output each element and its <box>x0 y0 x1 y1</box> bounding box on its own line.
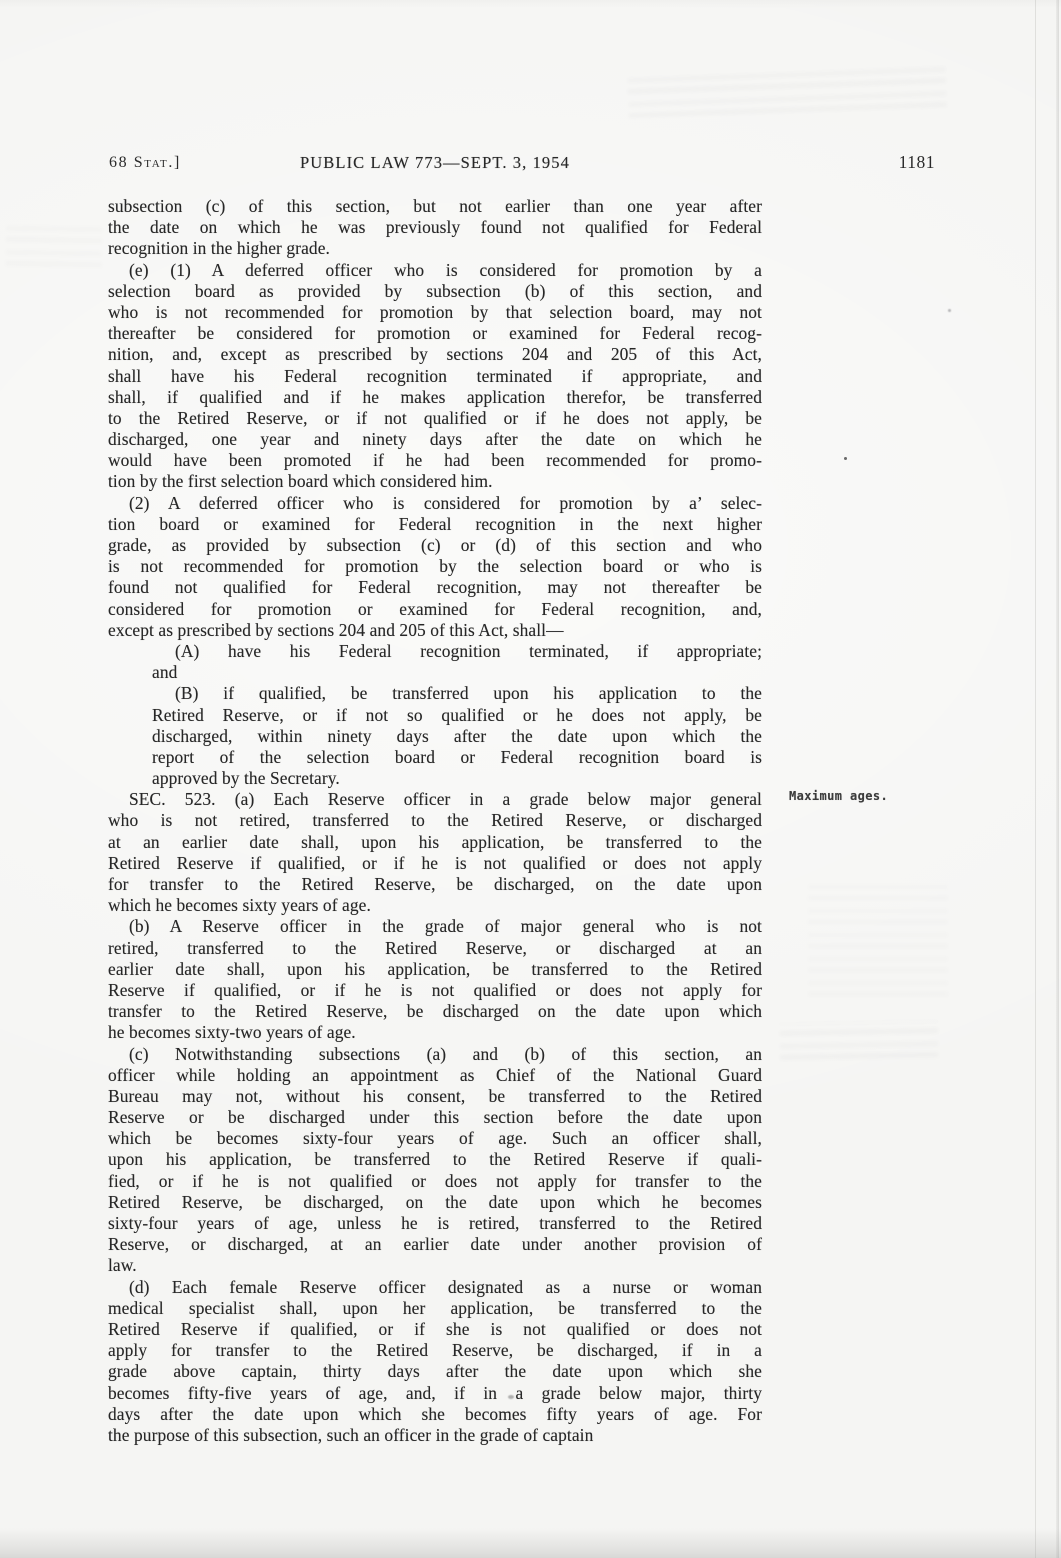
text-line: the date on which he was previously foun… <box>108 217 762 238</box>
text-line: Bureau may not, without his consent, be … <box>108 1086 762 1107</box>
text-line: tion board or examined for Federal recog… <box>108 514 762 535</box>
text-line: earlier date shall, upon his application… <box>108 959 762 980</box>
text-line: upon his application, be transferred to … <box>108 1149 762 1170</box>
page-number: 1181 <box>825 152 935 173</box>
text-line: days after the date upon which she becom… <box>108 1404 762 1425</box>
paragraph: (c) Notwithstanding subsections (a) and … <box>108 1044 762 1277</box>
text-line: discharged, within ninety days after the… <box>152 726 762 747</box>
text-line: would have been promoted if he had been … <box>108 450 762 471</box>
scan-speck <box>948 309 951 312</box>
text-line: SEC. 523. (a) Each Reserve officer in a … <box>108 789 762 810</box>
bleed-through-smudge <box>808 880 948 1000</box>
paragraph: (d) Each female Reserve officer designat… <box>108 1277 762 1447</box>
text-line: (b) A Reserve officer in the grade of ma… <box>108 916 762 937</box>
bleed-through-smudge <box>780 1021 939 1064</box>
text-line: who is not retired, transferred to the R… <box>108 810 762 831</box>
text-line: discharged, one year and ninety days aft… <box>108 429 762 450</box>
text-line: he becomes sixty-two years of age. <box>108 1022 762 1043</box>
text-line: Retired Reserve if qualified, or if he i… <box>108 853 762 874</box>
scan-edge-line <box>1056 0 1059 1558</box>
text-line: (A) have his Federal recognition termina… <box>152 641 762 662</box>
text-line: Reserve, or discharged, at an earlier da… <box>108 1234 762 1255</box>
bleed-through-smudge <box>627 62 946 121</box>
text-line: is not recommended for promotion by the … <box>108 556 762 577</box>
text-line: law. <box>108 1255 762 1276</box>
text-line: (d) Each female Reserve officer designat… <box>108 1277 762 1298</box>
text-line: becomes fifty-five years of age, and, if… <box>108 1383 762 1404</box>
paragraph: (e) (1) A deferred officer who is consid… <box>108 260 762 493</box>
text-line: for transfer to the Retired Reserve, be … <box>108 874 762 895</box>
paragraph: SEC. 523. (a) Each Reserve officer in a … <box>108 789 762 916</box>
text-line: found not qualified for Federal recognit… <box>108 577 762 598</box>
text-line: approved by the Secretary. <box>152 768 762 789</box>
text-line: nition, and, except as prescribed by sec… <box>108 344 762 365</box>
text-line: medical specialist shall, upon her appli… <box>108 1298 762 1319</box>
text-line: which be becomes sixty-four years of age… <box>108 1128 762 1149</box>
paragraph: subsection (c) of this section, but not … <box>108 196 762 260</box>
text-line: Retired Reserve, or if not so qualified … <box>152 705 762 726</box>
law-title: PUBLIC LAW 773—SEPT. 3, 1954 <box>108 153 762 173</box>
text-line: Reserve if qualified, or if he is not qu… <box>108 980 762 1001</box>
text-line: and <box>152 662 762 683</box>
text-line: report of the selection board or Federal… <box>152 747 762 768</box>
scan-edge-line <box>1035 0 1036 1558</box>
text-line: retired, transferred to the Retired Rese… <box>108 938 762 959</box>
scan-speck <box>844 457 847 460</box>
text-line: transfer to the Retired Reserve, be disc… <box>108 1001 762 1022</box>
text-line: (e) (1) A deferred officer who is consid… <box>108 260 762 281</box>
text-line: shall, if qualified and if he makes appl… <box>108 387 762 408</box>
text-line: (c) Notwithstanding subsections (a) and … <box>108 1044 762 1065</box>
text-line: considered for promotion or examined for… <box>108 599 762 620</box>
text-line: which he becomes sixty years of age. <box>108 895 762 916</box>
text-line: who is not recommended for promotion by … <box>108 302 762 323</box>
paragraph: (B) if qualified, be transferred upon hi… <box>108 683 762 789</box>
bleed-through-smudge <box>6 217 103 271</box>
text-line: subsection (c) of this section, but not … <box>108 196 762 217</box>
scanned-statute-page: 68 Stat.] PUBLIC LAW 773—SEPT. 3, 1954 1… <box>0 0 1061 1558</box>
text-line: thereafter be considered for promotion o… <box>108 323 762 344</box>
text-line: shall have his Federal recognition termi… <box>108 366 762 387</box>
text-line: grade, as provided by subsection (c) or … <box>108 535 762 556</box>
text-line: to the Retired Reserve, or if not qualif… <box>108 408 762 429</box>
scan-speck <box>508 1395 514 1399</box>
text-line: tion by the first selection board which … <box>108 471 762 492</box>
margin-note: Maximum ages. <box>789 789 888 803</box>
text-line: Retired Reserve if qualified, or if she … <box>108 1319 762 1340</box>
text-line: (B) if qualified, be transferred upon hi… <box>152 683 762 704</box>
text-line: sixty-four years of age, unless he is re… <box>108 1213 762 1234</box>
text-line: recognition in the higher grade. <box>108 238 762 259</box>
text-line: Retired Reserve, be discharged, on the d… <box>108 1192 762 1213</box>
text-line: officer while holding an appointment as … <box>108 1065 762 1086</box>
paragraph: (A) have his Federal recognition termina… <box>108 641 762 683</box>
text-line: at an earlier date shall, upon his appli… <box>108 832 762 853</box>
text-line: except as prescribed by sections 204 and… <box>108 620 762 641</box>
statute-text: subsection (c) of this section, but not … <box>108 196 762 1446</box>
text-line: selection board as provided by subsectio… <box>108 281 762 302</box>
paragraph: (b) A Reserve officer in the grade of ma… <box>108 916 762 1043</box>
text-line: fied, or if he is not qualified or does … <box>108 1171 762 1192</box>
text-line: the purpose of this subsection, such an … <box>108 1425 762 1446</box>
text-line: apply for transfer to the Retired Reserv… <box>108 1340 762 1361</box>
paragraph: (2) A deferred officer who is considered… <box>108 493 762 641</box>
text-line: grade above captain, thirty days after t… <box>108 1361 762 1382</box>
text-line: (2) A deferred officer who is considered… <box>108 493 762 514</box>
text-line: Reserve or be discharged under this sect… <box>108 1107 762 1128</box>
